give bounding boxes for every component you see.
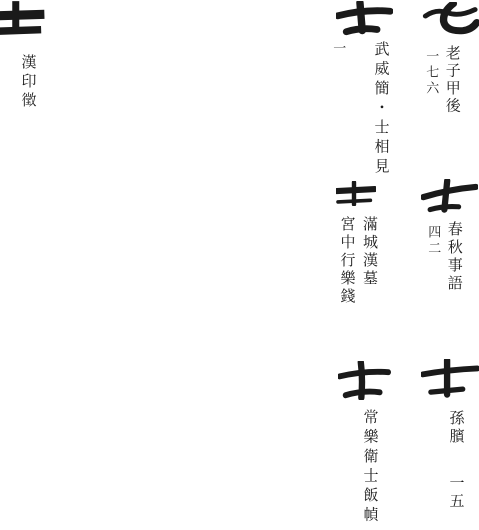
- source-label: 春秋事語: [445, 221, 462, 293]
- page-number-label-wuwei: 一: [331, 41, 345, 54]
- entry-caption-sunbin: 孫臏 一五: [447, 410, 464, 511]
- source-label: 孫臏: [448, 410, 464, 446]
- entry-caption-wuwei: 武威簡・士相見: [372, 41, 389, 178]
- entry-caption-changle: 常樂衛士飯幀: [361, 409, 378, 526]
- source-label-line1: 滿城漢墓: [361, 216, 378, 306]
- page-number-label: 四二: [426, 225, 440, 293]
- calligraphy-glyph-shi-hanyin: [0, 0, 46, 40]
- source-label-line2: 宮中行樂錢: [338, 216, 355, 306]
- entry-caption-mancheng: 滿城漢墓 宮中行樂錢: [338, 216, 377, 306]
- page-number-label: 一七六: [424, 49, 438, 115]
- scanned-dictionary-page: 老子甲後 一七六 武威簡・士相見 一 漢印徵 春秋事語 四二 滿城漢墓 宮中行樂…: [0, 0, 479, 530]
- calligraphy-glyph-shi-changle: [338, 361, 391, 400]
- calligraphy-glyph-shi-laozi: [422, 2, 479, 36]
- calligraphy-glyph-shi-mancheng: [336, 181, 376, 206]
- entry-caption-hanyin: 漢印徵: [19, 54, 36, 111]
- calligraphy-glyph-shi-sunbin: [421, 359, 479, 398]
- page-number-label: 一五: [448, 475, 464, 511]
- calligraphy-glyph-shi-wuwei: [336, 1, 393, 38]
- calligraphy-glyph-shi-chunqiu: [421, 179, 478, 213]
- source-label: 老子甲後: [443, 45, 460, 115]
- entry-caption-chunqiu: 春秋事語 四二: [426, 221, 462, 293]
- entry-caption-laozi: 老子甲後 一七六: [424, 45, 460, 115]
